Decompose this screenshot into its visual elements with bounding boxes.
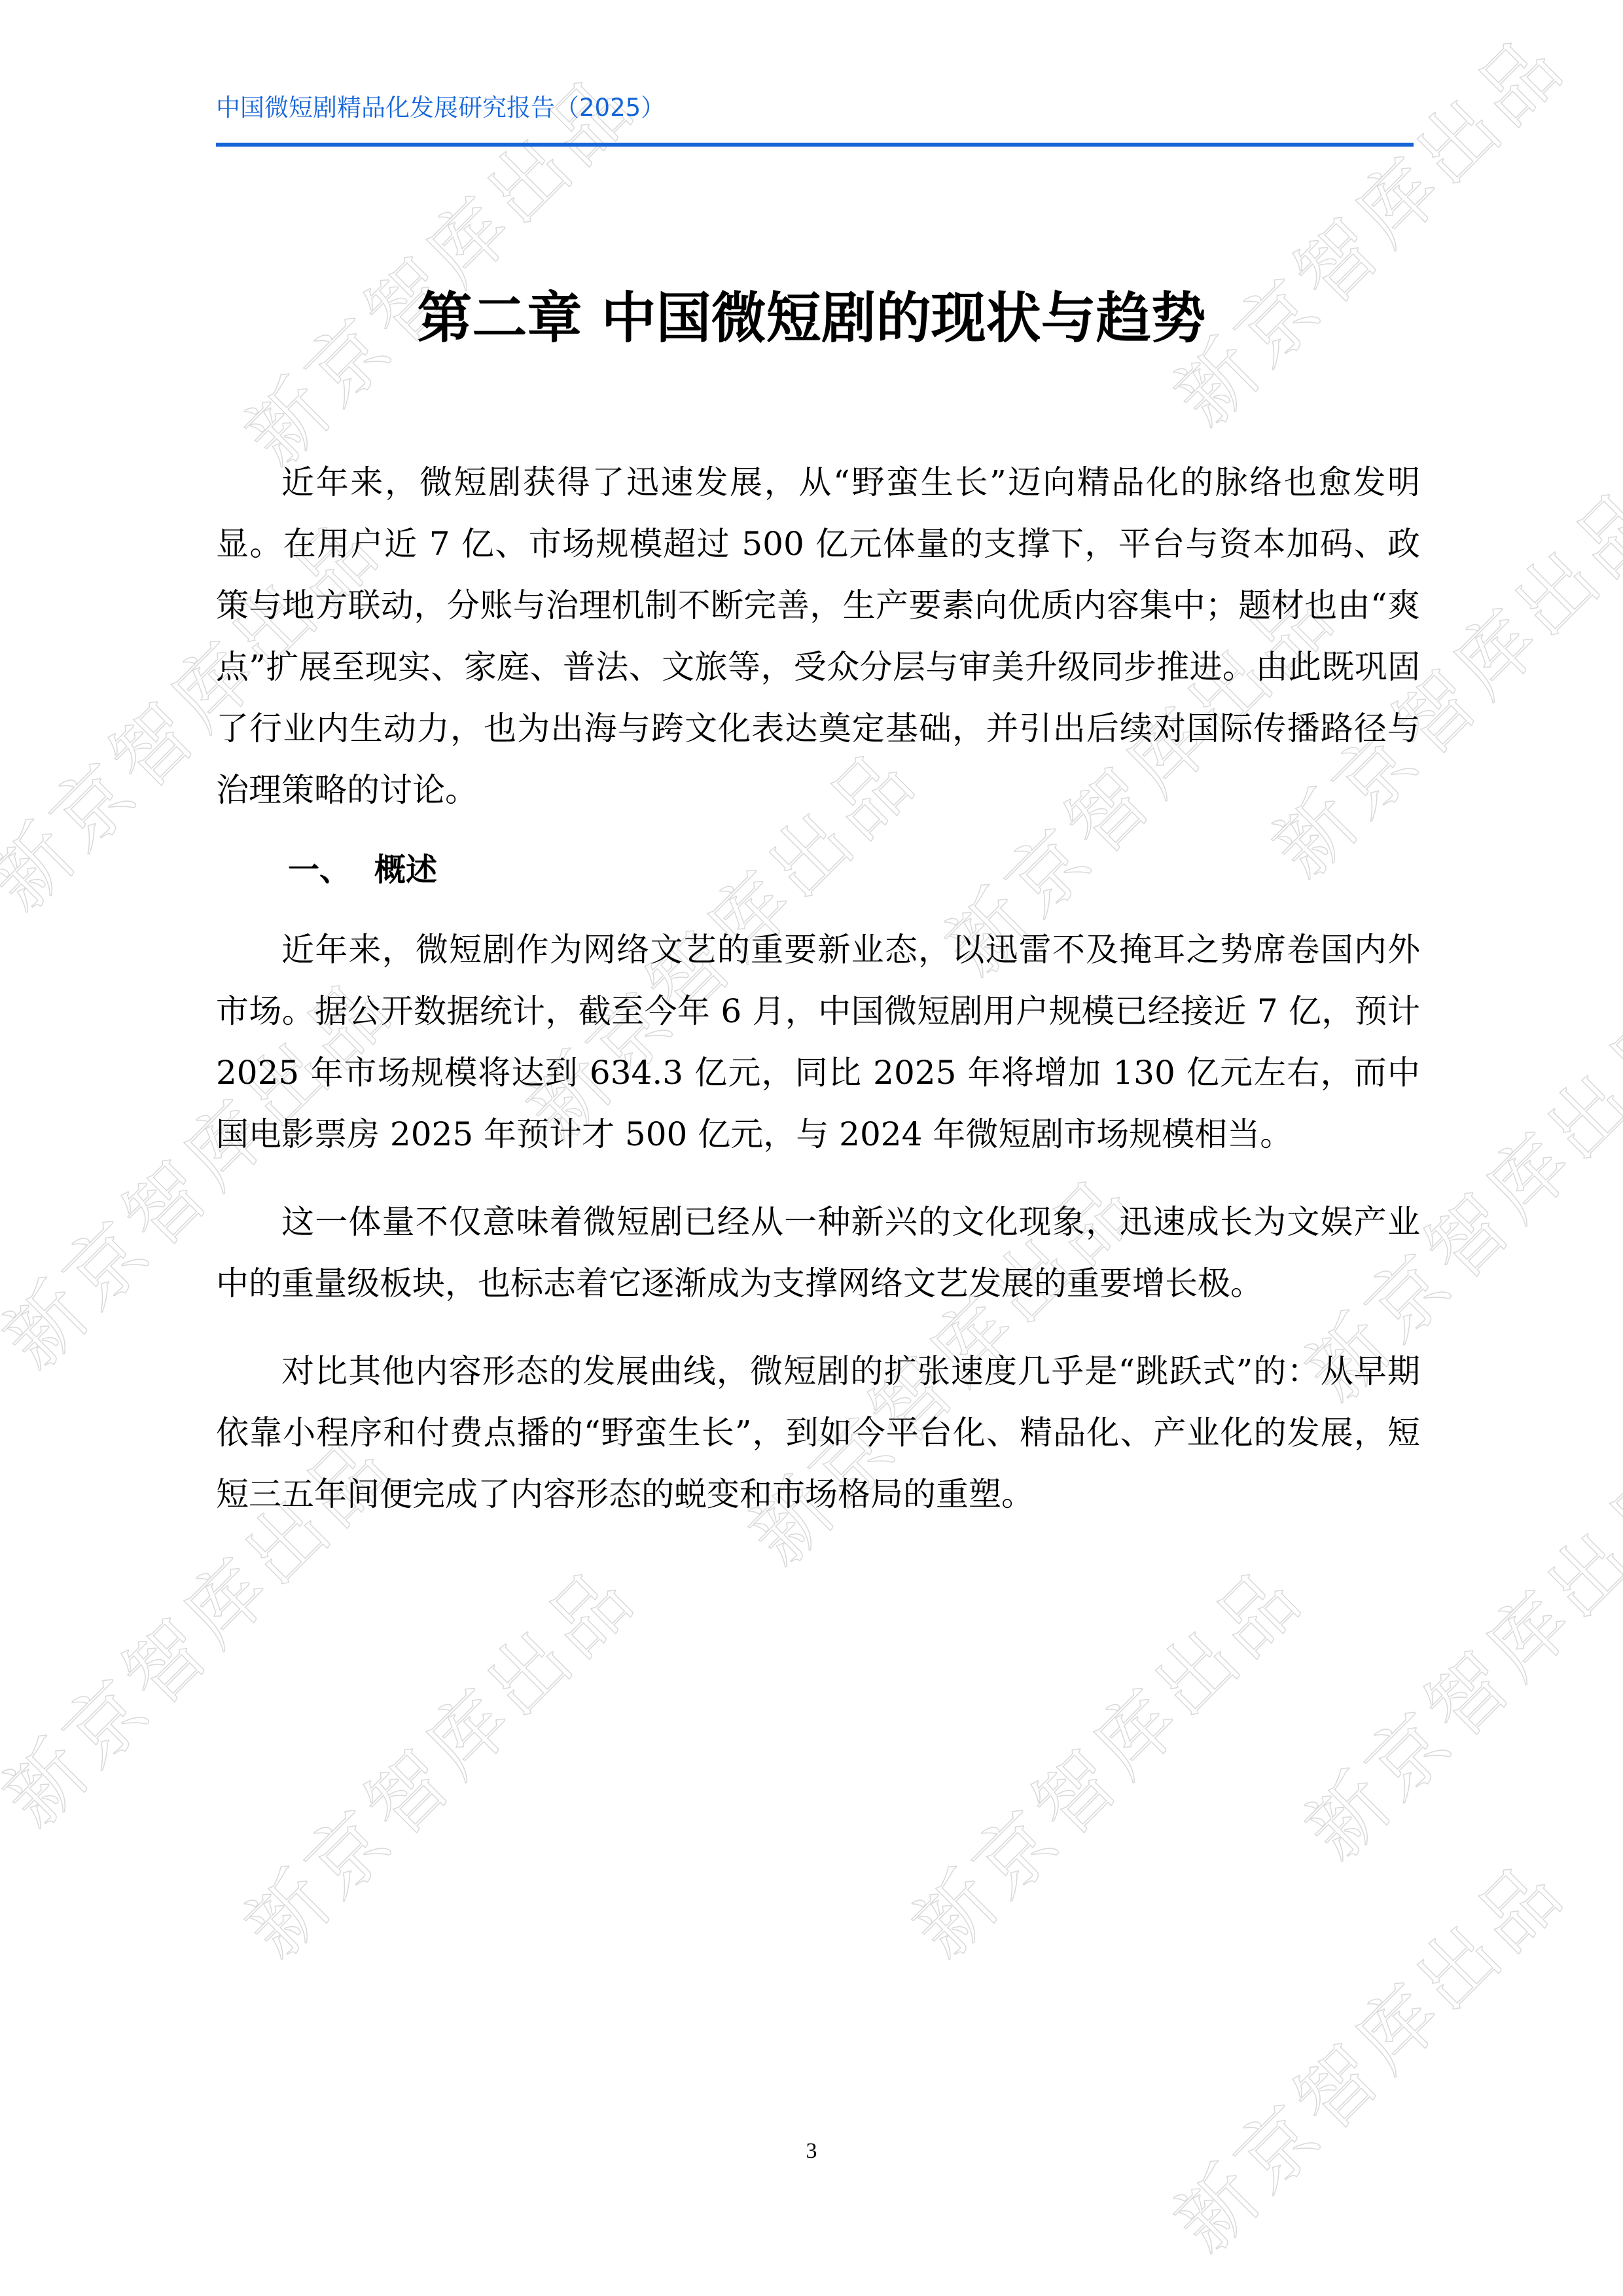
watermark: 新京智库出品	[216, 1537, 656, 1977]
body-paragraph: 这一体量不仅意味着微短剧已经从一种新兴的文化现象，迅速成长为文娱产业中的重量级板…	[216, 1191, 1420, 1314]
section-title: 概述	[374, 852, 437, 888]
watermark: 新京智库出品	[1145, 1831, 1586, 2272]
document-page: 新京智库出品 新京智库出品 新京智库出品 新京智库出品 新京智库出品 新京智库出…	[0, 0, 1623, 2296]
section-heading: 一、概述	[216, 839, 1420, 901]
watermark: 新京智库出品	[883, 1537, 1324, 1977]
watermark: 新京智库出品	[1145, 5, 1586, 446]
section-number: 一、	[288, 852, 351, 888]
running-header: 中国微短剧精品化发展研究报告（2025）	[216, 92, 1414, 124]
body-content: 近年来，微短剧获得了迅速发展，从“野蛮生长”迈向精品化的脉络也愈发明显。在用户近…	[216, 452, 1420, 1525]
chapter-title: 第二章 中国微短剧的现状与趋势	[0, 285, 1623, 351]
body-paragraph: 对比其他内容形态的发展曲线，微短剧的扩张速度几乎是“跳跃式”的：从早期依靠小程序…	[216, 1340, 1420, 1525]
page-number: 3	[0, 2139, 1623, 2164]
report-title: 中国微短剧精品化发展研究报告（2025）	[216, 92, 1414, 124]
body-paragraph: 近年来，微短剧作为网络文艺的重要新业态，以迅雷不及掩耳之势席卷国内外市场。据公开…	[216, 919, 1420, 1165]
intro-paragraph: 近年来，微短剧获得了迅速发展，从“野蛮生长”迈向精品化的脉络也愈发明显。在用户近…	[216, 452, 1420, 821]
header-divider	[216, 143, 1414, 147]
